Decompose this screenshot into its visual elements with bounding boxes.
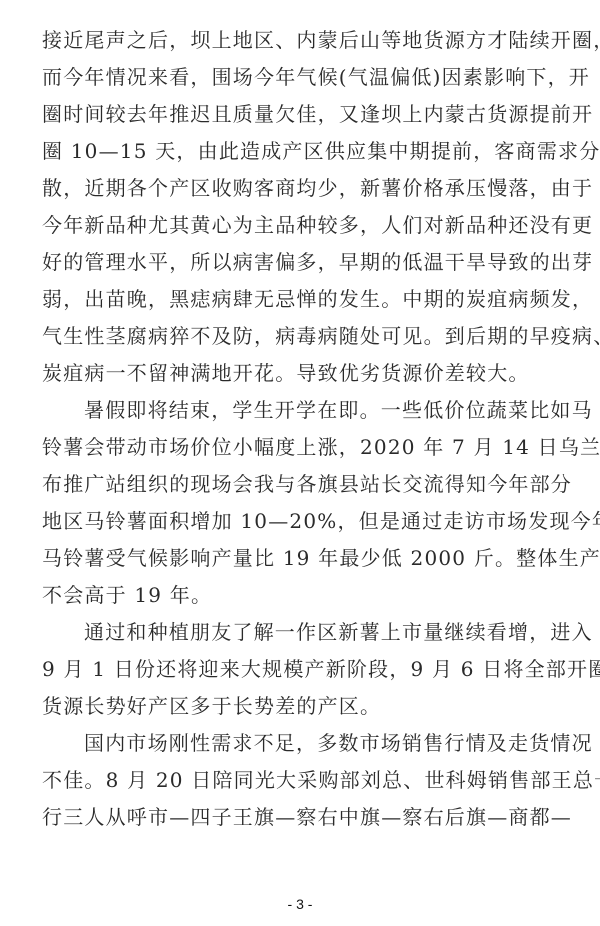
text-line: 货源长势好产区多于长势差的产区。 [42, 688, 558, 725]
text-line: 弱，出苗晚，黑痣病肆无忌惮的发生。中期的炭疽病频发， [42, 281, 558, 318]
document-page: 接近尾声之后，坝上地区、内蒙后山等地货源方才陆续开圈， 而今年情况来看，围场今年… [0, 0, 600, 926]
paragraph-1: 接近尾声之后，坝上地区、内蒙后山等地货源方才陆续开圈， 而今年情况来看，围场今年… [42, 22, 558, 392]
text-line: 地区马铃薯面积增加 10—20%，但是通过走访市场发现今年 [42, 503, 558, 540]
paragraph-3: 通过和种植朋友了解一作区新薯上市量继续看增，进入 9 月 1 日份还将迎来大规模… [42, 614, 558, 725]
text-line: 9 月 1 日份还将迎来大规模产新阶段，9 月 6 日将全部开圈， [42, 651, 558, 688]
text-line: 布推广站组织的现场会我与各旗县站长交流得知今年部分 [42, 466, 558, 503]
text-line: 国内市场刚性需求不足，多数市场销售行情及走货情况 [42, 725, 558, 762]
text-line: 不会高于 19 年。 [42, 577, 558, 614]
text-line: 圈 10—15 天，由此造成产区供应集中期提前，客商需求分 [42, 133, 558, 170]
text-line: 暑假即将结束，学生开学在即。一些低价位蔬菜比如马 [42, 392, 558, 429]
text-line: 通过和种植朋友了解一作区新薯上市量继续看增，进入 [42, 614, 558, 651]
text-line: 而今年情况来看，围场今年气候(气温偏低)因素影响下，开 [42, 59, 558, 96]
body-text: 接近尾声之后，坝上地区、内蒙后山等地货源方才陆续开圈， 而今年情况来看，围场今年… [42, 22, 558, 836]
paragraph-4: 国内市场刚性需求不足，多数市场销售行情及走货情况 不佳。8 月 20 日陪同光大… [42, 725, 558, 836]
page-number: - 3 - [0, 896, 600, 912]
text-line: 行三人从呼市—四子王旗—察右中旗—察右后旗—商都— [42, 799, 558, 836]
paragraph-2: 暑假即将结束，学生开学在即。一些低价位蔬菜比如马 铃薯会带动市场价位小幅度上涨，… [42, 392, 558, 614]
text-line: 铃薯会带动市场价位小幅度上涨，2020 年 7 月 14 日乌兰察 [42, 429, 558, 466]
text-line: 炭疽病一不留神满地开花。导致优劣货源价差较大。 [42, 355, 558, 392]
text-line: 不佳。8 月 20 日陪同光大采购部刘总、世科姆销售部王总一 [42, 762, 558, 799]
text-line: 圈时间较去年推迟且质量欠佳，又逢坝上内蒙古货源提前开 [42, 96, 558, 133]
text-line: 今年新品种尤其黄心为主品种较多，人们对新品种还没有更 [42, 207, 558, 244]
text-line: 接近尾声之后，坝上地区、内蒙后山等地货源方才陆续开圈， [42, 22, 558, 59]
text-line: 气生性茎腐病猝不及防，病毒病随处可见。到后期的早疫病、 [42, 318, 558, 355]
text-line: 好的管理水平，所以病害偏多，早期的低温干旱导致的出芽 [42, 244, 558, 281]
text-line: 散，近期各个产区收购客商均少，新薯价格承压慢落，由于 [42, 170, 558, 207]
text-line: 马铃薯受气候影响产量比 19 年最少低 2000 斤。整体生产量 [42, 540, 558, 577]
